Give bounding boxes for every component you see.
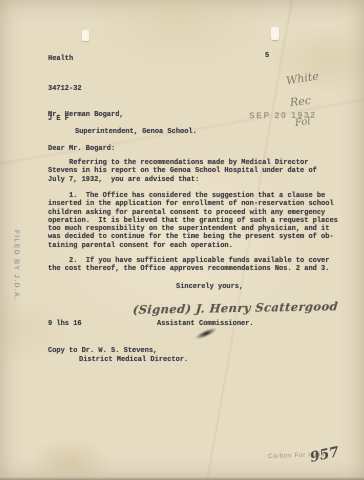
pencil-note-line1: White [285,70,319,88]
signature-title: Assistant Commissioner. [157,320,254,328]
paragraph-item-2: 2. If you have sufficient applicable fun… [48,257,348,274]
page-number: 5 [265,52,269,60]
signature-stamp: (Signed) J. Henry Scattergood [132,299,339,317]
paragraph-intro: Referring to the recommendations made by… [48,159,348,184]
staple-hole [82,30,89,41]
pencil-note-line2: Rec [289,94,311,109]
typist-note: 9 lhs 16 [48,320,82,328]
copy-to-line1: Copy to Dr. W. S. Stevens, [48,347,157,355]
handwritten-mark: 957 [309,444,341,466]
salutation: Dear Mr. Bogard: [48,145,115,153]
paragraph-item-1: 1. The Office has considered the suggest… [48,192,348,250]
copy-to-line2: District Medical Director. [79,356,188,364]
file-number: 34712-32 [48,84,82,94]
letter-page: Health 34712-32 J E F 5 White Rec Fol Mr… [0,0,364,480]
filed-stamp: FILED BY J.D.A. [13,216,20,316]
closing: Sincerely yours, [176,283,243,291]
recipient-name: Mr. Herman Bogard, [48,111,124,119]
recipient-title: Superintendent, Genoa School. [75,128,197,136]
file-subject: Health [48,54,82,64]
staple-hole [271,27,279,40]
date-received-stamp: SEP 20 1932 [249,110,317,121]
